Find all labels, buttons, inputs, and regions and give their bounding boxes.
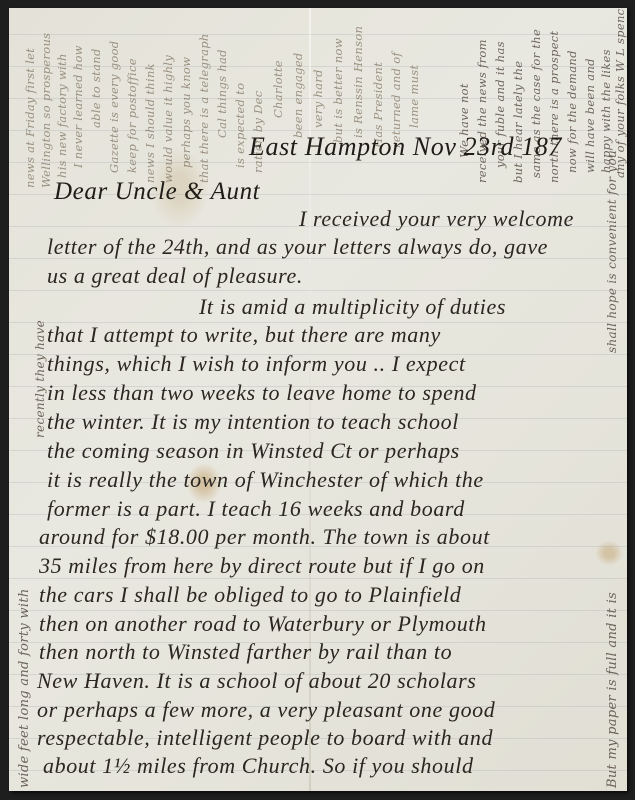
letter-line: letter of the 24th, and as your letters … bbox=[47, 234, 548, 260]
crossed-line: Wellington so prosperous bbox=[39, 33, 53, 188]
crossed-line: is Renssin Henson bbox=[351, 26, 365, 138]
ruled-line bbox=[9, 290, 627, 291]
crossed-line: that there is a telegraph bbox=[197, 33, 211, 183]
letter-line: former is a part. I teach 16 weeks and b… bbox=[47, 496, 465, 522]
letter-line: in less than two weeks to leave home to … bbox=[47, 380, 477, 406]
crossed-line: keep for postoffice bbox=[125, 58, 139, 173]
crossed-line: able to stand bbox=[89, 48, 103, 128]
crossed-line: his new factory with bbox=[55, 53, 69, 178]
letter-line: then on another road to Waterbury or Ply… bbox=[39, 611, 487, 637]
letter-line: It is amid a multiplicity of duties bbox=[199, 294, 506, 320]
letter-page: news at Friday first let Wellington so p… bbox=[9, 8, 627, 791]
letter-line: the coming season in Winsted Ct or perha… bbox=[47, 438, 460, 464]
crossed-line: been engaged bbox=[291, 52, 305, 138]
letter-line: us a great deal of pleasure. bbox=[47, 263, 303, 289]
letter-line: the winter. It is my intention to teach … bbox=[47, 409, 459, 435]
crossed-line: will have been and bbox=[583, 58, 597, 173]
letter-line: respectable, intelligent people to board… bbox=[37, 725, 493, 751]
letter-line: or perhaps a few more, a very pleasant o… bbox=[37, 697, 495, 723]
crossed-line: is expected to bbox=[233, 83, 247, 168]
margin-note-right: shall hope is convenient for you bbox=[605, 150, 619, 353]
crossed-line: but is better now bbox=[331, 38, 345, 143]
letter-line: 35 miles from here by direct route but i… bbox=[39, 553, 485, 579]
crossed-line: would value it highly bbox=[161, 55, 175, 183]
crossed-line: very hard bbox=[311, 69, 325, 128]
crossed-line: Cal things had bbox=[215, 49, 229, 138]
crossed-line: I never learned how bbox=[71, 45, 85, 168]
letter-line: it is really the town of Winchester of w… bbox=[47, 467, 484, 493]
crossed-line: lame must bbox=[407, 65, 421, 128]
crossed-line: Charlotte bbox=[271, 60, 285, 118]
crossed-line: Gazette is every good bbox=[107, 41, 121, 173]
letter-line: then north to Winsted farther by rail th… bbox=[39, 639, 452, 665]
letter-line: New Haven. It is a school of about 20 sc… bbox=[37, 668, 476, 694]
letter-line: the cars I shall be obliged to go to Pla… bbox=[39, 582, 461, 608]
letter-line: around for $18.00 per month. The town is… bbox=[39, 524, 490, 550]
letter-line: I received your very welcome bbox=[299, 206, 574, 232]
crossed-line: news I should think bbox=[143, 63, 157, 183]
letter-line: things, which I wish to inform you .. I … bbox=[47, 351, 466, 377]
crossed-line: now for the demand bbox=[565, 50, 579, 173]
letter-line: about 1½ miles from Church. So if you sh… bbox=[43, 753, 474, 779]
crossed-line: but I hear lately the bbox=[511, 61, 525, 183]
letter-salutation: Dear Uncle & Aunt bbox=[54, 178, 260, 206]
letter-line: that I attempt to write, but there are m… bbox=[47, 322, 441, 348]
crossed-line: perhaps you know bbox=[179, 57, 193, 168]
margin-note-left: recently they have bbox=[33, 320, 47, 438]
margin-note-left: wide feet long and forty with bbox=[17, 588, 32, 788]
crossed-line: news at Friday first let bbox=[23, 48, 37, 188]
letter-dateline: East Hampton Nov 23rd 187 bbox=[249, 132, 562, 162]
margin-note-right: But my paper is full and it is bbox=[605, 592, 620, 788]
